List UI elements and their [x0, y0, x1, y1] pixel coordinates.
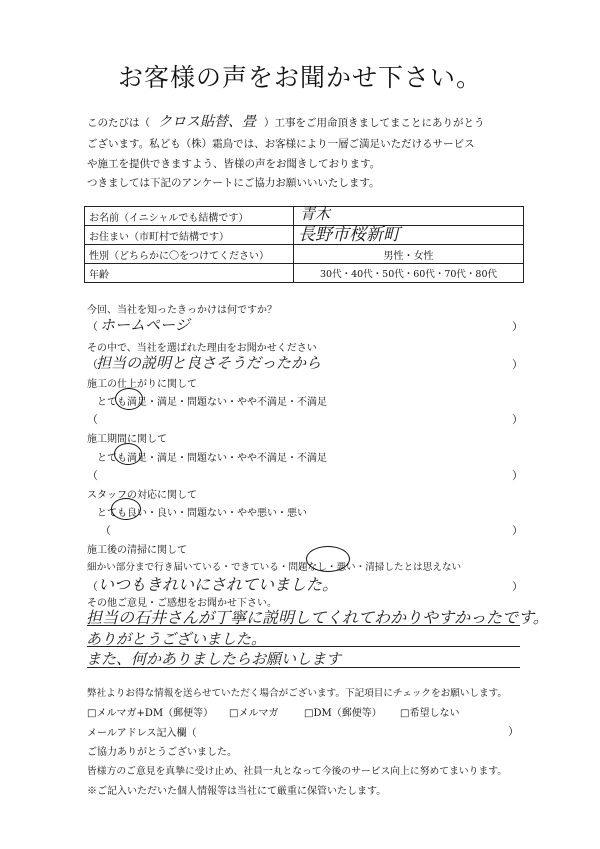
email-field[interactable]	[210, 722, 500, 736]
closing-thanks: ご協力ありがとうございました。	[87, 743, 237, 758]
q5-paren-close: ）	[512, 522, 523, 538]
work-type-field[interactable]: クロス貼替、畳	[150, 114, 264, 130]
q3-paren-open: （	[87, 411, 98, 427]
q5-paren-open: （	[100, 522, 111, 538]
q6-scale[interactable]: 細かい部分まで行き届いている・できている・問題なし・悪い・清掃したとは思えない	[87, 559, 461, 573]
privacy-note: ※ご記入いただいた個人情報等は当社にて厳重に保管いたします。	[87, 782, 386, 797]
option-dm[interactable]: □DM（郵便等）	[304, 704, 382, 719]
newsletter-intro: 弊社よりお得な情報を送らせていただく場合がございます。下記項目にチェックをお願い…	[87, 685, 507, 699]
q6-paren-open: （	[87, 578, 98, 594]
address-value: 長野市桜新町	[298, 220, 400, 245]
info-row-age: 年齢 30代・40代・50代・60代・70代・80代	[85, 264, 524, 283]
intro-line-4: つきましては下記のアンケートにご協力お願いいいたします。	[87, 174, 380, 192]
address-field[interactable]: 長野市桜新町	[294, 226, 524, 245]
email-label: メールアドレス記入欄（	[87, 724, 197, 739]
intro-suffix: ）工事をご用命頂きましてまことにありがとう	[264, 117, 485, 129]
comment-rule-2	[87, 646, 520, 647]
q1-paren-open: （	[87, 318, 98, 334]
info-row-gender: 性別（どちらかに〇をつけてください） 男性・女性	[85, 245, 524, 264]
q2-answer[interactable]: 担当の説明と良さそうだったから	[96, 352, 321, 373]
option-no-thanks[interactable]: □希望しない	[400, 704, 459, 719]
info-row-address: お住まい（市町村で結構です） 長野市桜新町	[85, 226, 524, 245]
intro-line-2: ございます。私ども（株）霜鳥では、お客様により一層ご満足いただけるサービス	[87, 135, 475, 153]
intro-line-1: このたびは（クロス貼替、畳）工事をご用命頂きましてまことにありがとう	[87, 113, 485, 132]
q6-label: 施工後の清掃に関して	[87, 541, 187, 556]
option-mailmag[interactable]: □メルマガ	[229, 704, 278, 719]
name-label: お名前（イニシャルでも結構です）	[85, 207, 294, 226]
q6-answer[interactable]: いつもきれいにされていました。	[98, 572, 338, 595]
q3-selection-circle	[115, 388, 143, 410]
q3-label: 施工の仕上がりに関して	[87, 375, 197, 390]
q3-paren-close: ）	[512, 411, 523, 427]
gender-label: 性別（どちらかに〇をつけてください）	[85, 245, 294, 264]
q6-paren-close: ）	[512, 578, 523, 594]
q7-comment-line-3[interactable]: また、何かありましたらお願いします	[86, 648, 341, 669]
intro-prefix: このたびは（	[87, 117, 150, 129]
address-label: お住まい（市町村で結構です）	[85, 226, 294, 245]
q1-paren-close: ）	[512, 318, 523, 334]
email-paren-close: ）	[508, 723, 519, 739]
newsletter-options: □メルマガ+DM（郵便等） □メルマガ □DM（郵便等） □希望しない	[87, 704, 213, 719]
q5-label: スタッフの対応に関して	[87, 486, 197, 501]
gender-options[interactable]: 男性・女性	[294, 245, 524, 264]
q5-selection-circle	[111, 498, 141, 520]
q4-paren-open: （	[87, 467, 98, 483]
q4-selection-circle	[114, 443, 142, 465]
intro-line-3: や施工を提供できますよう、皆様の声をお聞きしております。	[87, 155, 380, 173]
customer-info-table: お名前（イニシャルでも結構です） 青木 お住まい（市町村で結構です） 長野市桜新…	[84, 206, 524, 283]
page-title: お客様の声をお聞かせ下さい。	[0, 58, 600, 94]
comment-rule-1	[87, 625, 520, 626]
q1-answer[interactable]: ホームページ	[100, 314, 190, 335]
q6-selection-circle	[306, 546, 350, 572]
age-label: 年齢	[85, 264, 294, 283]
q2-paren-close: ）	[512, 356, 523, 372]
q4-paren-close: ）	[512, 467, 523, 483]
age-options[interactable]: 30代・40代・50代・60代・70代・80代	[294, 264, 524, 283]
comment-rule-3	[87, 667, 520, 668]
closing-pledge: 皆様方のご意見を真摯に受け止め、社員一丸となって今後のサービス向上に努めてまいり…	[87, 763, 507, 777]
option-mailmag-dm[interactable]: □メルマガ+DM（郵便等）	[87, 704, 213, 719]
